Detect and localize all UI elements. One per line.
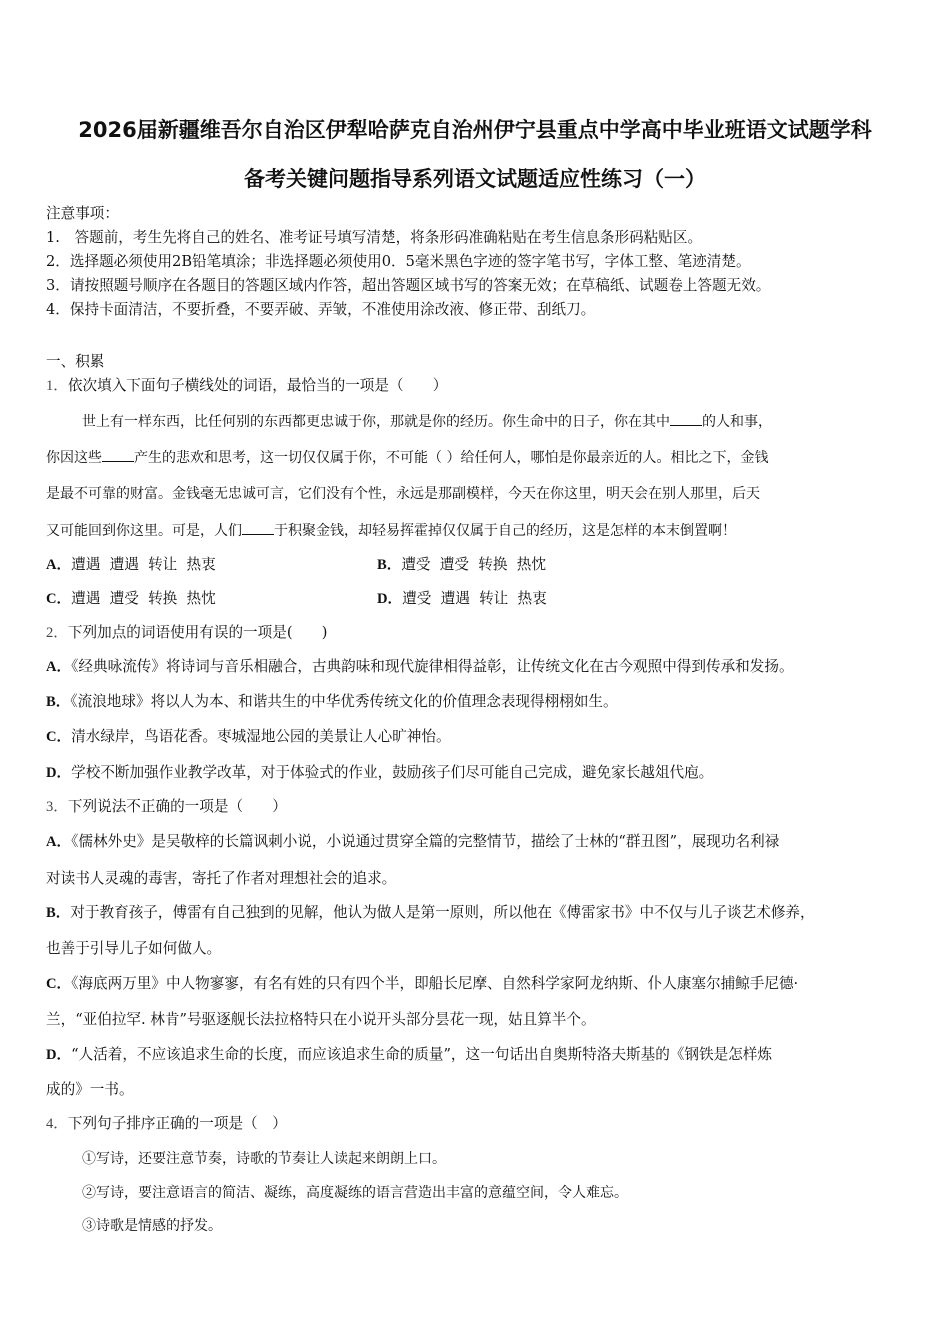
option-b: B．对于教育孩子，傅雷有自己独到的见解，他认为做人是第一原则，所以他在《傅雷家书… <box>46 903 815 923</box>
option-c: C．清水绿岸，鸟语花香。枣城湿地公园的美景让人心旷神怡。 <box>46 727 451 747</box>
option-c: C．遭遇 遭受 转换 热忱 <box>46 589 216 609</box>
option-c-continued: 兰，“亚伯拉罕. 林肯”号驱逐舰长法拉格特只在小说开头部分昙花一现，姑且算半个。 <box>46 1010 596 1030</box>
option-text: 《儒林外史》是吴敬梓的长篇讽刺小说，小说通过贯穿全篇的完整情节，描绘了士林的“群… <box>71 833 779 850</box>
option-label: A． <box>46 659 71 675</box>
option-text: 对于教育孩子，傅雷有自己独到的见解，他认为做人是第一原则，所以他在《傅雷家书》中… <box>70 904 814 921</box>
notice-item: 2．选择题必须使用2B铅笔填涂；非选择题必须使用0．5毫米黑色字迹的签字笔书写，… <box>46 252 751 272</box>
option-text: 遭受 遭受 转换 热忱 <box>401 556 546 573</box>
fill-blank <box>242 520 274 535</box>
option-text: 遭受 遭遇 转让 热衷 <box>402 590 547 607</box>
passage-line: 是最不可靠的财富。金钱毫无忠诚可言，它们没有个性，永远是那副模样，今天在你这里，… <box>46 484 760 504</box>
option-label: D． <box>46 765 71 781</box>
option-text: 遭遇 遭遇 转让 热衷 <box>71 556 216 573</box>
option-label: B． <box>377 557 401 573</box>
question-text: 下列说法不正确的一项是（ ） <box>68 798 287 815</box>
passage-text: 产生的悲欢和思考，这一切仅仅属于你，不可能（ ）给任何人，哪怕是你最亲近的人。相… <box>134 450 768 466</box>
question-text: 依次填入下面句子横线处的词语，最恰当的一项是（ ） <box>68 377 447 394</box>
option-b: B．《流浪地球》将以人为本、和谐共生的中华优秀传统文化的价值理念表现得栩栩如生。 <box>46 692 618 712</box>
passage-text: 的人和事， <box>702 414 772 430</box>
question-text: 下列句子排序正确的一项是（ ） <box>68 1115 287 1132</box>
page-title-line1: 2026届新疆维吾尔自治区伊犁哈萨克自治州伊宁县重点中学高中毕业班语文试题学科 <box>0 114 950 144</box>
option-c: C．《海底两万里》中人物寥寥，有名有姓的只有四个半，即船长尼摩、自然科学家阿龙纳… <box>46 974 798 994</box>
question-stem: 2．下列加点的词语使用有误的一项是( ) <box>46 623 327 643</box>
question-number: 1． <box>46 378 68 394</box>
question-stem: 1．依次填入下面句子横线处的词语，最恰当的一项是（ ） <box>46 376 447 396</box>
option-label: C． <box>46 976 71 992</box>
page-title-line2: 备考关键问题指导系列语文试题适应性练习（一） <box>0 163 950 193</box>
option-d: D．学校不断加强作业教学改革，对于体验式的作业，鼓励孩子们尽可能自己完成，避免家… <box>46 763 713 783</box>
option-label: B． <box>46 905 70 921</box>
option-text: 遭遇 遭受 转换 热忱 <box>71 590 216 607</box>
question-text: 下列加点的词语使用有误的一项是( ) <box>68 624 327 641</box>
notice-item: 1. 答题前，考生先将自己的姓名、准考证号填写清楚，将条形码准确粘贴在考生信息条… <box>46 228 702 248</box>
passage-text: 又可能回到你这里。可是，人们 <box>46 523 242 539</box>
option-a-continued: 对读书人灵魂的毒害，寄托了作者对理想社会的追求。 <box>46 869 396 889</box>
question-number: 3． <box>46 799 68 815</box>
option-label: D． <box>46 1047 71 1063</box>
question-stem: 3．下列说法不正确的一项是（ ） <box>46 797 287 817</box>
option-d: D．“人活着，不应该追求生命的长度，而应该追求生命的质量”，这一句话出自奥斯特洛… <box>46 1045 772 1065</box>
option-label: A． <box>46 557 71 573</box>
option-text: 清水绿岸，鸟语花香。枣城湿地公园的美景让人心旷神怡。 <box>71 728 450 745</box>
passage-line: 你因这些产生的悲欢和思考，这一切仅仅属于你，不可能（ ）给任何人，哪怕是你最亲近… <box>46 447 768 468</box>
sentence-2: ②写诗，要注意语言的简洁、凝练，高度凝练的语言营造出丰富的意蕴空间，令人难忘。 <box>82 1183 628 1203</box>
option-text: “人活着，不应该追求生命的长度，而应该追求生命的质量”，这一句话出自奥斯特洛夫斯… <box>71 1046 772 1063</box>
option-a: A．《儒林外史》是吴敬梓的长篇讽刺小说，小说通过贯穿全篇的完整情节，描绘了士林的… <box>46 832 779 852</box>
option-label: B． <box>46 694 70 710</box>
option-text: 学校不断加强作业教学改革，对于体验式的作业，鼓励孩子们尽可能自己完成，避免家长越… <box>71 764 713 781</box>
option-label: C． <box>46 729 71 745</box>
question-number: 2． <box>46 625 68 641</box>
option-a: A．遭遇 遭遇 转让 热衷 <box>46 555 216 575</box>
passage-text: 你因这些 <box>46 450 102 466</box>
fill-blank <box>670 411 702 426</box>
option-b-continued: 也善于引导儿子如何做人。 <box>46 939 221 959</box>
exam-page: 2026届新疆维吾尔自治区伊犁哈萨克自治州伊宁县重点中学高中毕业班语文试题学科 … <box>0 0 950 1344</box>
notice-item: 4．保持卡面清洁，不要折叠，不要弄破、弄皱，不准使用涂改液、修正带、刮纸刀。 <box>46 300 595 320</box>
sentence-1: ①写诗，还要注意节奏，诗歌的节奏让人读起来朗朗上口。 <box>82 1149 446 1169</box>
passage-line: 世上有一样东西，比任何别的东西都更忠诚于你，那就是你的经历。你生命中的日子，你在… <box>82 411 772 432</box>
option-label: C． <box>46 591 71 607</box>
notice-item: 3．请按照题号顺序在各题目的答题区域内作答，超出答题区域书写的答案无效；在草稿纸… <box>46 276 770 296</box>
notice-heading: 注意事项： <box>46 204 119 224</box>
sentence-3: ③诗歌是情感的抒发。 <box>82 1216 222 1236</box>
passage-line: 又可能回到你这里。可是，人们于积聚金钱，却轻易挥霍掉仅仅属于自己的经历，这是怎样… <box>46 520 736 541</box>
option-b: B．遭受 遭受 转换 热忱 <box>377 555 546 575</box>
option-text: 《海底两万里》中人物寥寥，有名有姓的只有四个半，即船长尼摩、自然科学家阿龙纳斯、… <box>71 975 798 992</box>
passage-text: 世上有一样东西，比任何别的东西都更忠诚于你，那就是你的经历。你生命中的日子，你在… <box>82 414 670 430</box>
question-number: 4． <box>46 1116 68 1132</box>
option-text: 《流浪地球》将以人为本、和谐共生的中华优秀传统文化的价值理念表现得栩栩如生。 <box>70 693 617 710</box>
passage-text: 于积聚金钱，却轻易挥霍掉仅仅属于自己的经历，这是怎样的本末倒置啊！ <box>274 523 736 539</box>
section-heading: 一、积累 <box>46 352 104 372</box>
option-d: D．遭受 遭遇 转让 热衷 <box>377 589 547 609</box>
option-label: A． <box>46 834 71 850</box>
option-d-continued: 成的》一书。 <box>46 1080 134 1100</box>
option-a: A．《经典咏流传》将诗词与音乐相融合，古典韵味和现代旋律相得益彰，让传统文化在古… <box>46 657 794 677</box>
fill-blank <box>102 447 134 462</box>
option-label: D． <box>377 591 402 607</box>
option-text: 《经典咏流传》将诗词与音乐相融合，古典韵味和现代旋律相得益彰，让传统文化在古今观… <box>71 658 793 675</box>
question-stem: 4．下列句子排序正确的一项是（ ） <box>46 1114 287 1134</box>
